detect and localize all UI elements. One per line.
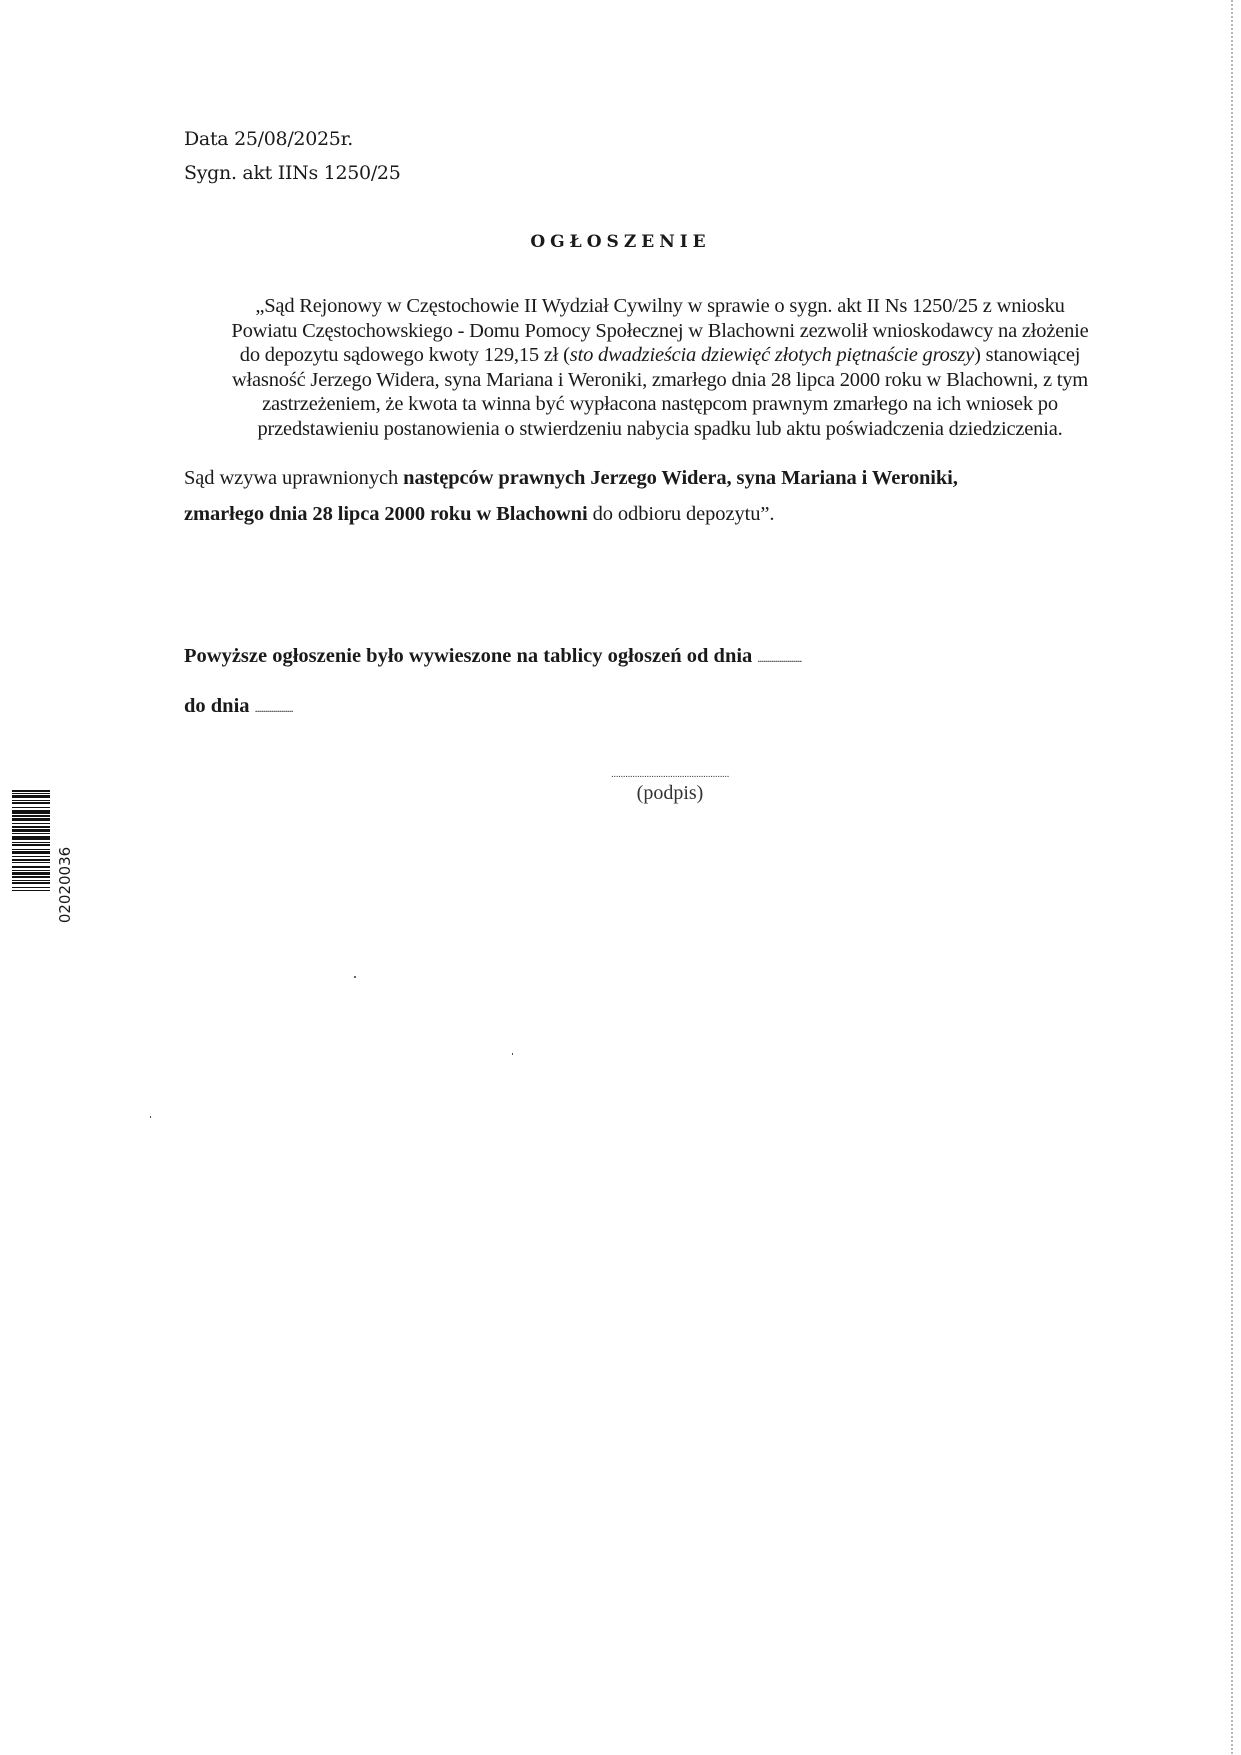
summons-text: Sąd wzywa uprawnionych (184, 467, 403, 489)
document-header: Data 25/08/2025r. Sygn. akt IINs 1250/25 (184, 122, 401, 190)
posted-from: Powyższe ogłoszenie było wywieszone na t… (184, 632, 801, 682)
summons-deceased-info: zmarłego dnia 28 lipca 2000 roku w Blach… (184, 503, 588, 525)
posted-to-blank: ................... (255, 701, 293, 715)
document-page: Data 25/08/2025r. Sygn. akt IINs 1250/25… (0, 0, 1241, 1755)
scan-speck (150, 1116, 151, 1118)
signature-line: ........................................… (590, 770, 750, 780)
barcode-number: 02020036 (55, 830, 75, 940)
case-reference: Sygn. akt IINs 1250/25 (184, 156, 401, 190)
announcement-title: OGŁOSZENIE (0, 232, 1241, 252)
body-line-amount: do depozytu sądowego kwoty 129,15 zł (st… (170, 343, 1150, 368)
body-line: „Sąd Rejonowy w Częstochowie II Wydział … (170, 294, 1150, 319)
scan-speck (512, 1053, 513, 1055)
posted-from-label: Powyższe ogłoszenie było wywieszone na t… (184, 645, 757, 667)
amount-in-words: sto dwadzieścia dziewięć złotych piętnaś… (570, 344, 974, 366)
body-line: przedstawieniu postanowienia o stwierdze… (170, 417, 1150, 442)
posted-to: do dnia ................... (184, 682, 801, 732)
signature-block: ........................................… (590, 770, 750, 806)
scan-edge-line (1231, 0, 1233, 1755)
barcode-number-text: 02020036 (56, 847, 74, 923)
announcement-body: „Sąd Rejonowy w Częstochowie II Wydział … (170, 294, 1150, 441)
date-line: Data 25/08/2025r. (184, 122, 401, 156)
summons-line-2: zmarłego dnia 28 lipca 2000 roku w Blach… (184, 496, 958, 532)
signature-label: (podpis) (590, 780, 750, 806)
barcode-icon (12, 790, 50, 970)
scan-speck (354, 976, 356, 978)
body-line: zastrzeżeniem, że kwota ta winna być wyp… (170, 392, 1150, 417)
posting-notice: Powyższe ogłoszenie było wywieszone na t… (184, 632, 801, 732)
body-line: własność Jerzego Widera, syna Mariana i … (170, 368, 1150, 393)
summons-line-1: Sąd wzywa uprawnionych następców prawnyc… (184, 460, 958, 496)
summons-text-end: do odbioru depozytu”. (588, 503, 775, 525)
posted-to-label: do dnia (184, 695, 255, 717)
amount-text: do depozytu sądowego kwoty 129,15 zł ( (240, 344, 570, 366)
amount-text-after: ) stanowiącej (974, 344, 1080, 366)
posted-from-blank: ...................... (757, 651, 801, 665)
summons-paragraph: Sąd wzywa uprawnionych następców prawnyc… (184, 460, 958, 532)
summons-heirs: następców prawnych Jerzego Widera, syna … (403, 467, 958, 489)
body-line: Powiatu Częstochowskiego - Domu Pomocy S… (170, 319, 1150, 344)
